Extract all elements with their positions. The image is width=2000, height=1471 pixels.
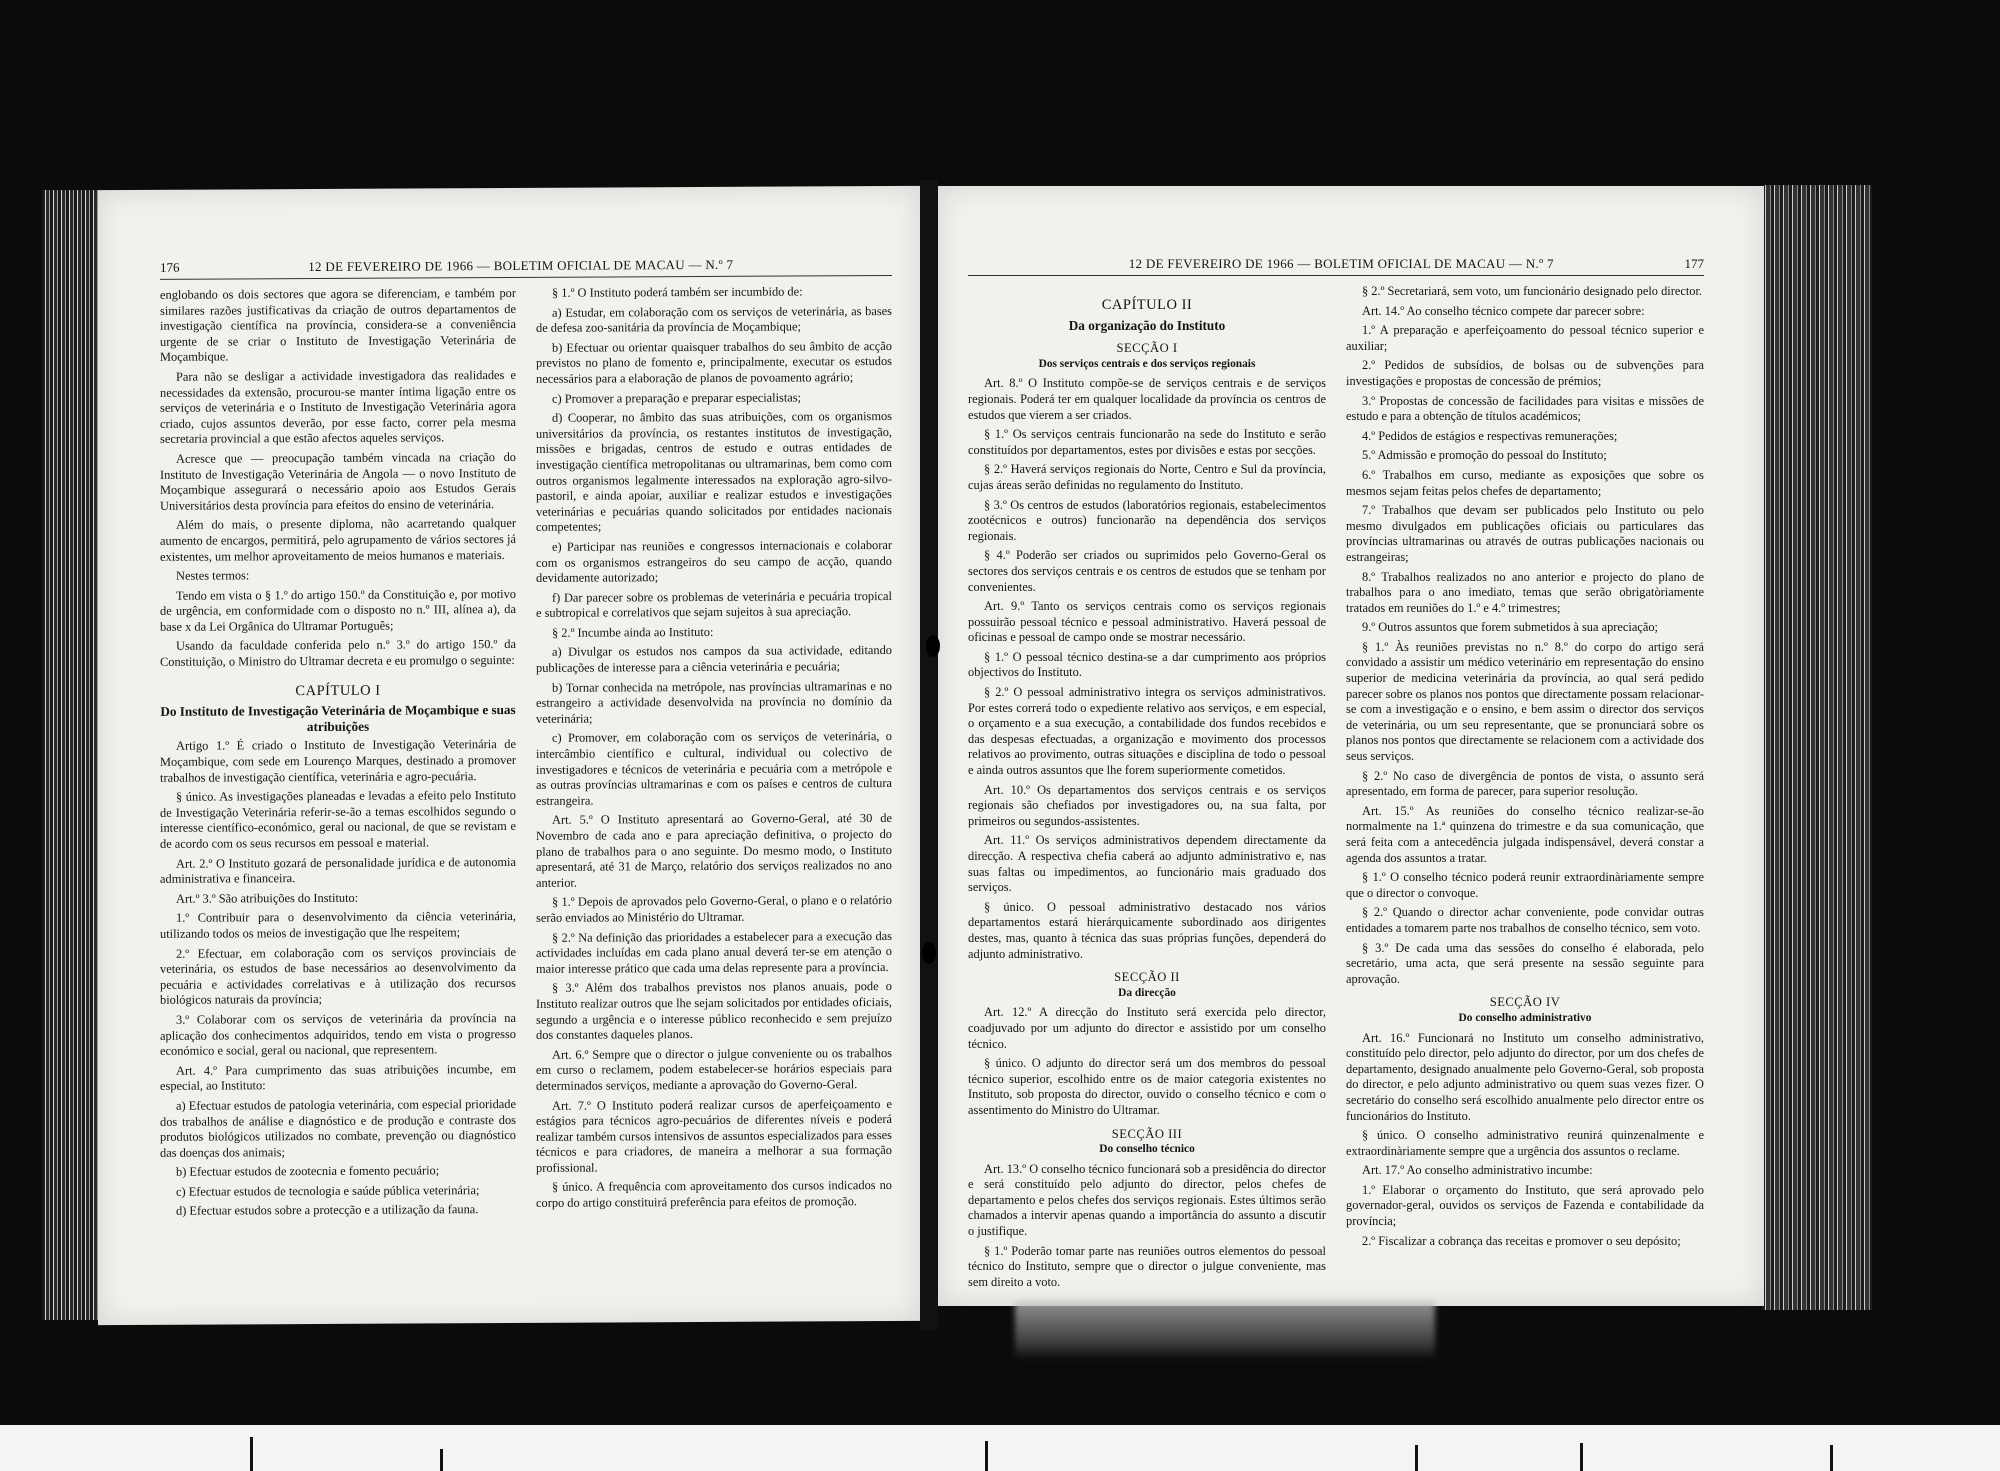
paragraph: Artigo 1.º É criado o Instituto de Inves…	[160, 737, 516, 786]
section-heading: SECÇÃO IV	[1346, 995, 1704, 1011]
paragraph: § único. As investigações planeadas e le…	[160, 788, 516, 852]
paragraph: englobando os dois sectores que agora se…	[160, 286, 516, 366]
page-header-right: 12 DE FEVEREIRO DE 1966 — BOLETIM OFICIA…	[968, 248, 1704, 276]
right-page: 12 DE FEVEREIRO DE 1966 — BOLETIM OFICIA…	[938, 186, 1764, 1306]
paragraph: 7.º Trabalhos que devam ser publicados p…	[1346, 503, 1704, 565]
paragraph: a) Divulgar os estudos nos campos da sua…	[536, 643, 892, 676]
paragraph: § 2.º Incumbe ainda ao Instituto:	[536, 624, 892, 641]
paragraph: Art. 9.º Tanto os serviços centrais como…	[968, 599, 1326, 646]
section-heading: CAPÍTULO II	[968, 298, 1326, 314]
paragraph: Art. 8.º O Instituto compõe-se de serviç…	[968, 376, 1326, 423]
paragraph: Art. 17.º Ao conselho administrativo inc…	[1346, 1163, 1704, 1179]
paragraph: Art. 12.º A direcção do Instituto será e…	[968, 1005, 1326, 1052]
running-header: 12 DE FEVEREIRO DE 1966 — BOLETIM OFICIA…	[998, 256, 1685, 272]
paragraph: Art. 11.º Os serviços administrativos de…	[968, 833, 1326, 895]
paragraph: Além do mais, o presente diploma, não ac…	[160, 516, 516, 565]
paragraph: § 3.º Além dos trabalhos previstos nos p…	[536, 979, 892, 1043]
paragraph: 8.º Trabalhos realizados no ano anterior…	[1346, 570, 1704, 617]
section-subtitle: Da direcção	[968, 986, 1326, 1002]
section-heading: CAPÍTULO I	[160, 683, 516, 700]
paragraph: 3.º Colaborar com os serviços de veterin…	[160, 1011, 516, 1060]
left-page-column-2: § 1.º O Instituto poderá também ser incu…	[536, 284, 892, 1303]
paragraph: § 4.º Poderão ser criados ou suprimidos …	[968, 548, 1326, 595]
paragraph: d) Efectuar estudos sobre a protecção e …	[160, 1202, 516, 1219]
paragraph: a) Estudar, em colaboração com os serviç…	[536, 304, 892, 337]
paragraph: § 2.º No caso de divergência de pontos d…	[1346, 769, 1704, 800]
paragraph: § 1.º Às reuniões previstas no n.º 8.º d…	[1346, 640, 1704, 765]
section-subtitle: Dos serviços centrais e dos serviços reg…	[968, 357, 1326, 373]
scan-bottom-strip	[0, 1425, 2000, 1471]
paragraph: b) Efectuar estudos de zootecnia e fomen…	[160, 1163, 516, 1180]
paragraph: Art. 4.º Para cumprimento das suas atrib…	[160, 1062, 516, 1095]
paragraph: Art. 5.º O Instituto apresentará ao Gove…	[536, 811, 892, 891]
paragraph: e) Participar nas reuniões e congressos …	[536, 538, 892, 587]
paragraph: Art. 6.º Sempre que o director o julgue …	[536, 1046, 892, 1095]
paragraph: 2.º Efectuar, em colaboração com os serv…	[160, 945, 516, 1009]
left-page-column-1: englobando os dois sectores que agora se…	[160, 286, 516, 1305]
paragraph: Art. 13.º O conselho técnico funcionará …	[968, 1162, 1326, 1240]
binding-hole	[922, 942, 936, 964]
paragraph: Art. 15.º As reuniões do conselho técnic…	[1346, 804, 1704, 866]
right-page-column-1: CAPÍTULO IIDa organização do InstitutoSE…	[968, 284, 1326, 1286]
paragraph: § 3.º Os centros de estudos (laboratório…	[968, 498, 1326, 545]
running-header: 12 DE FEVEREIRO DE 1966 — BOLETIM OFICIA…	[180, 256, 863, 276]
paragraph: Art. 10.º Os departamentos dos serviços …	[968, 783, 1326, 830]
page-header-left: 176 12 DE FEVEREIRO DE 1966 — BOLETIM OF…	[160, 248, 892, 280]
section-subtitle: Do conselho administrativo	[1346, 1011, 1704, 1027]
paragraph: 1.º A preparação e aperfeiçoamento do pe…	[1346, 323, 1704, 354]
paragraph: Usando da faculdade conferida pelo n.º 3…	[160, 637, 516, 670]
paragraph: § 1.º Poderão tomar parte nas reuniões o…	[968, 1244, 1326, 1291]
section-heading: SECÇÃO III	[968, 1127, 1326, 1143]
right-page-column-2: § 2.º Secretariará, sem voto, um funcion…	[1346, 284, 1704, 1286]
paragraph: § único. O pessoal administrativo destac…	[968, 900, 1326, 962]
paragraph: 2.º Pedidos de subsídios, de bolsas ou d…	[1346, 358, 1704, 389]
paragraph: § único. O conselho administrativo reuni…	[1346, 1128, 1704, 1159]
paragraph: § 1.º Depois de aprovados pelo Governo-G…	[536, 893, 892, 926]
paragraph: Acresce que — preocupação também vincada…	[160, 450, 516, 514]
section-heading: SECÇÃO II	[968, 970, 1326, 986]
paragraph: 1.º Elaborar o orçamento do Instituto, q…	[1346, 1183, 1704, 1230]
section-subtitle: Do Instituto de Investigação Veterinária…	[160, 702, 516, 735]
paragraph: § único. O adjunto do director será um d…	[968, 1056, 1326, 1118]
paragraph: 3.º Propostas de concessão de facilidade…	[1346, 394, 1704, 425]
paragraph: 4.º Pedidos de estágios e respectivas re…	[1346, 429, 1704, 445]
paragraph: 5.º Admissão e promoção do pessoal do In…	[1346, 448, 1704, 464]
paragraph: 6.º Trabalhos em curso, mediante as expo…	[1346, 468, 1704, 499]
paragraph: § 1.º O pessoal técnico destina-se a dar…	[968, 650, 1326, 681]
paragraph: 1.º Contribuir para o desenvolvimento da…	[160, 909, 516, 942]
paragraph: § 1.º O conselho técnico poderá reunir e…	[1346, 870, 1704, 901]
book-edge-left	[42, 190, 100, 1320]
paragraph: c) Efectuar estudos de tecnologia e saúd…	[160, 1183, 516, 1200]
paragraph: c) Promover a preparação e preparar espe…	[536, 390, 892, 407]
paragraph: Para não se desligar a actividade invest…	[160, 368, 516, 448]
paragraph: Art.º 3.º São atribuições do Instituto:	[160, 890, 516, 907]
section-subtitle: Da organização do Instituto	[968, 318, 1326, 334]
paragraph: § 1.º O Instituto poderá também ser incu…	[536, 284, 892, 301]
paragraph: § 3.º De cada uma das sessões do conselh…	[1346, 941, 1704, 988]
paragraph: 2.º Fiscalizar a cobrança das receitas e…	[1346, 1234, 1704, 1250]
paragraph: a) Efectuar estudos de patologia veterin…	[160, 1097, 516, 1161]
paragraph: 9.º Outros assuntos que forem submetidos…	[1346, 620, 1704, 636]
paragraph: c) Promover, em colaboração com os servi…	[536, 729, 892, 809]
page-number: 176	[160, 260, 180, 276]
book-edge-right	[1762, 185, 1872, 1310]
paragraph: Art. 14.º Ao conselho técnico compete da…	[1346, 304, 1704, 320]
paragraph: § 1.º Os serviços centrais funcionarão n…	[968, 427, 1326, 458]
page-shadow	[1015, 1300, 1435, 1360]
section-subtitle: Do conselho técnico	[968, 1142, 1326, 1158]
book-gutter	[920, 180, 938, 1330]
paragraph: § 2.º Haverá serviços regionais do Norte…	[968, 462, 1326, 493]
paragraph: § 2.º Na definição das prioridades a est…	[536, 929, 892, 978]
paragraph: § único. A frequência com aproveitamento…	[536, 1178, 892, 1211]
binding-hole	[926, 635, 940, 657]
paragraph: § 2.º Secretariará, sem voto, um funcion…	[1346, 284, 1704, 300]
paragraph: Tendo em vista o § 1.º do artigo 150.º d…	[160, 587, 516, 636]
section-heading: SECÇÃO I	[968, 341, 1326, 357]
paragraph: § 2.º Quando o director achar convenient…	[1346, 905, 1704, 936]
paragraph: f) Dar parecer sobre os problemas de vet…	[536, 589, 892, 622]
paragraph: Art. 2.º O Instituto gozará de personali…	[160, 855, 516, 888]
paragraph: Art. 16.º Funcionará no Instituto um con…	[1346, 1031, 1704, 1125]
paragraph: Nestes termos:	[160, 567, 516, 584]
page-number: 177	[1685, 256, 1705, 272]
paragraph: § 2.º O pessoal administrativo integra o…	[968, 685, 1326, 779]
left-page: 176 12 DE FEVEREIRO DE 1966 — BOLETIM OF…	[98, 186, 920, 1325]
paragraph: d) Cooperar, no âmbito das suas atribuiç…	[536, 409, 892, 536]
paragraph: b) Tornar conhecida na metrópole, nas pr…	[536, 679, 892, 728]
paragraph: b) Efectuar ou orientar quaisquer trabal…	[536, 339, 892, 388]
paragraph: Art. 7.º O Instituto poderá realizar cur…	[536, 1096, 892, 1176]
